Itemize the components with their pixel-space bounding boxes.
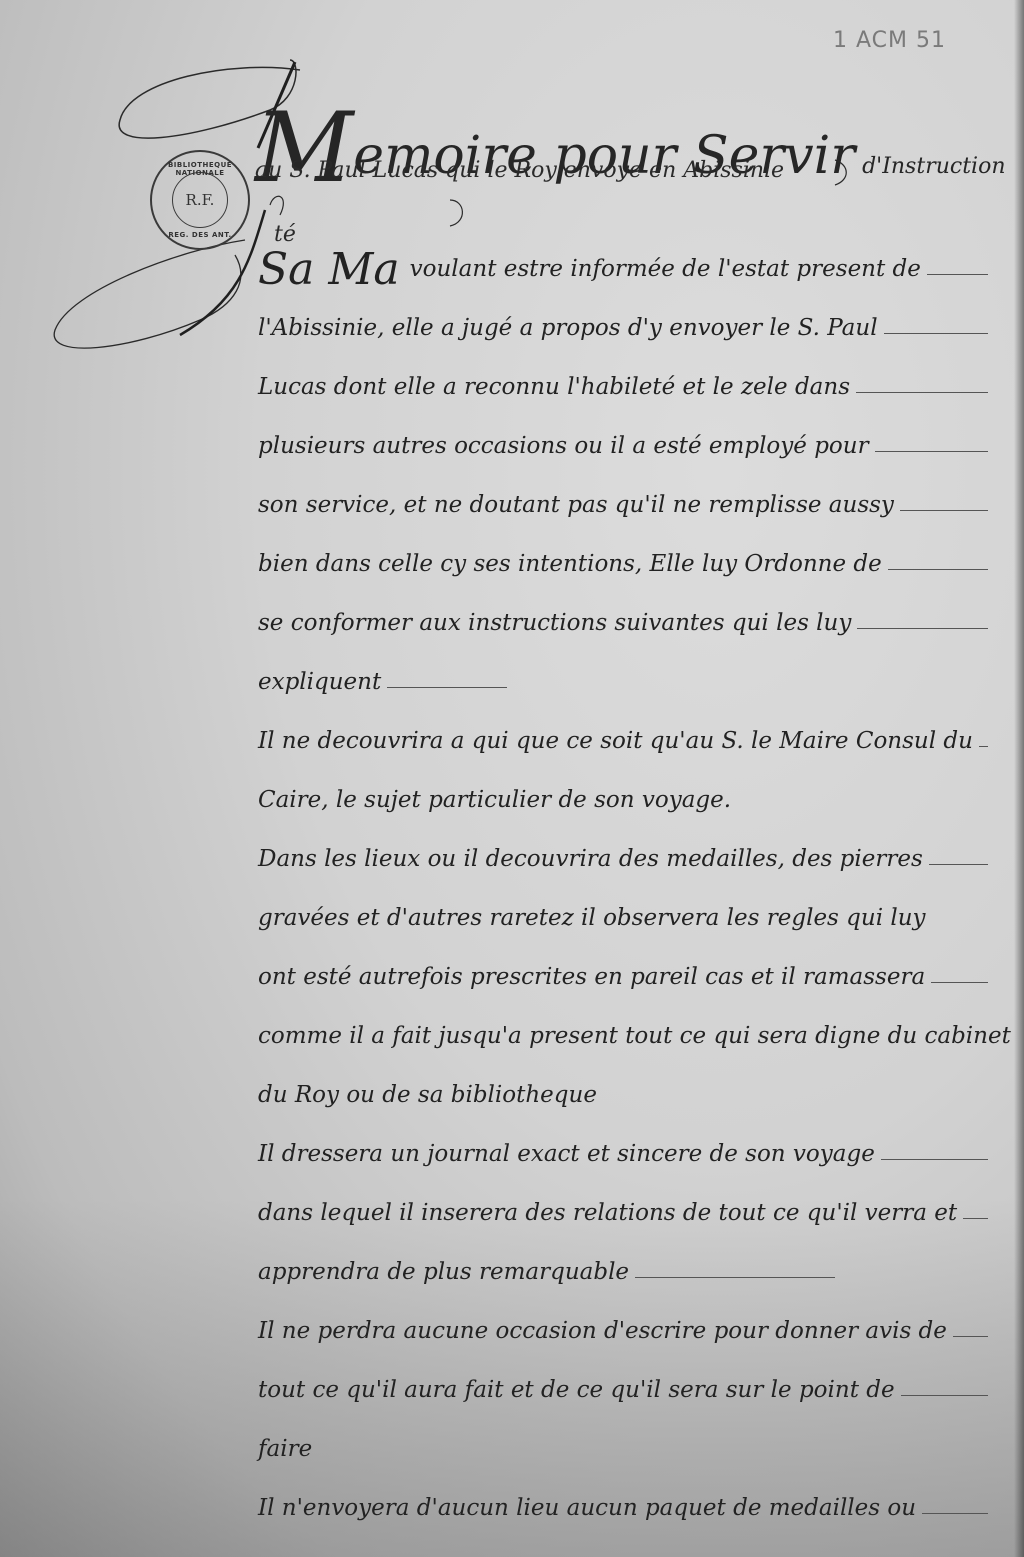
document-subtitle: au S. Paul Lucas qui le Roy envoye en Ab… — [255, 158, 784, 183]
manuscript-line: du Roy ou de sa bibliotheque — [258, 1066, 988, 1125]
line-filler-dash — [953, 1336, 988, 1337]
library-stamp: BIBLIOTHEQUE NATIONALE R.F. REG. DES ANT… — [150, 150, 250, 250]
stamp-ring-bottom: REG. DES ANT. — [152, 231, 248, 239]
manuscript-line: faire — [258, 1420, 988, 1479]
line-filler-dash — [888, 569, 988, 570]
line-filler-dash — [884, 333, 988, 334]
manuscript-line: Lucas dont elle a reconnu l'habileté et … — [258, 358, 988, 417]
manuscript-line: Caire, le sujet particulier de son voyag… — [258, 771, 988, 830]
line-filler-dash — [927, 274, 988, 275]
manuscript-line: son service, et ne doutant pas qu'il ne … — [258, 476, 988, 535]
manuscript-line: Sa Mavoulant estre informée de l'estat p… — [258, 240, 988, 299]
line-filler-dash — [922, 1513, 988, 1514]
line-filler-dash — [931, 982, 988, 983]
title-initial: M — [255, 92, 353, 204]
page-edge-shadow — [1014, 0, 1024, 1557]
manuscript-line: ont esté autrefois prescrites en pareil … — [258, 948, 988, 1007]
stamp-ring-top: BIBLIOTHEQUE NATIONALE — [152, 161, 248, 177]
line-filler-dash — [901, 1395, 988, 1396]
title-tail: d'Instruction — [855, 154, 1005, 179]
manuscript-line: comme il a fait jusqu'a present tout ce … — [258, 1007, 988, 1066]
manuscript-line: bien dans celle cy ses intentions, Elle … — [258, 535, 988, 594]
line-filler-dash — [856, 392, 988, 393]
line-filler-dash — [979, 746, 988, 747]
shelfmark-pencil-note: 1 ACM 51 — [833, 28, 946, 53]
manuscript-line: apprendra de plus remarquable — [258, 1243, 988, 1302]
manuscript-line: plusieurs autres occasions ou il a esté … — [258, 417, 988, 476]
manuscript-line: se conformer aux instructions suivantes … — [258, 594, 988, 653]
line-filler-dash — [857, 628, 988, 629]
manuscript-line: expliquent — [258, 653, 988, 712]
manuscript-line: Il dressera un journal exact et sincere … — [258, 1125, 988, 1184]
stamp-center: R.F. — [172, 172, 228, 228]
line-filler-dash — [635, 1277, 835, 1278]
line-filler-dash — [875, 451, 988, 452]
line-filler-dash — [387, 687, 507, 688]
manuscript-line: dans lequel il inserera des relations de… — [258, 1184, 988, 1243]
line-filler-dash — [963, 1218, 988, 1219]
manuscript-line: Dans les lieux ou il decouvrira des meda… — [258, 830, 988, 889]
manuscript-line: Il n'envoyera d'aucun lieu aucun paquet … — [258, 1479, 988, 1538]
line-filler-dash — [900, 510, 988, 511]
line-filler-dash — [881, 1159, 988, 1160]
line-lead-majesty: Sa Ma — [258, 240, 400, 299]
line-filler-dash — [929, 864, 988, 865]
manuscript-line: Il ne decouvrira a qui que ce soit qu'au… — [258, 712, 988, 771]
manuscript-body: Sa Mavoulant estre informée de l'estat p… — [258, 240, 988, 1538]
manuscript-line: Il ne perdra aucune occasion d'escrire p… — [258, 1302, 988, 1361]
manuscript-line: tout ce qu'il aura fait et de ce qu'il s… — [258, 1361, 988, 1420]
manuscript-line: gravées et d'autres raretez il observera… — [258, 889, 988, 948]
manuscript-line: l'Abissinie, elle a jugé a propos d'y en… — [258, 299, 988, 358]
